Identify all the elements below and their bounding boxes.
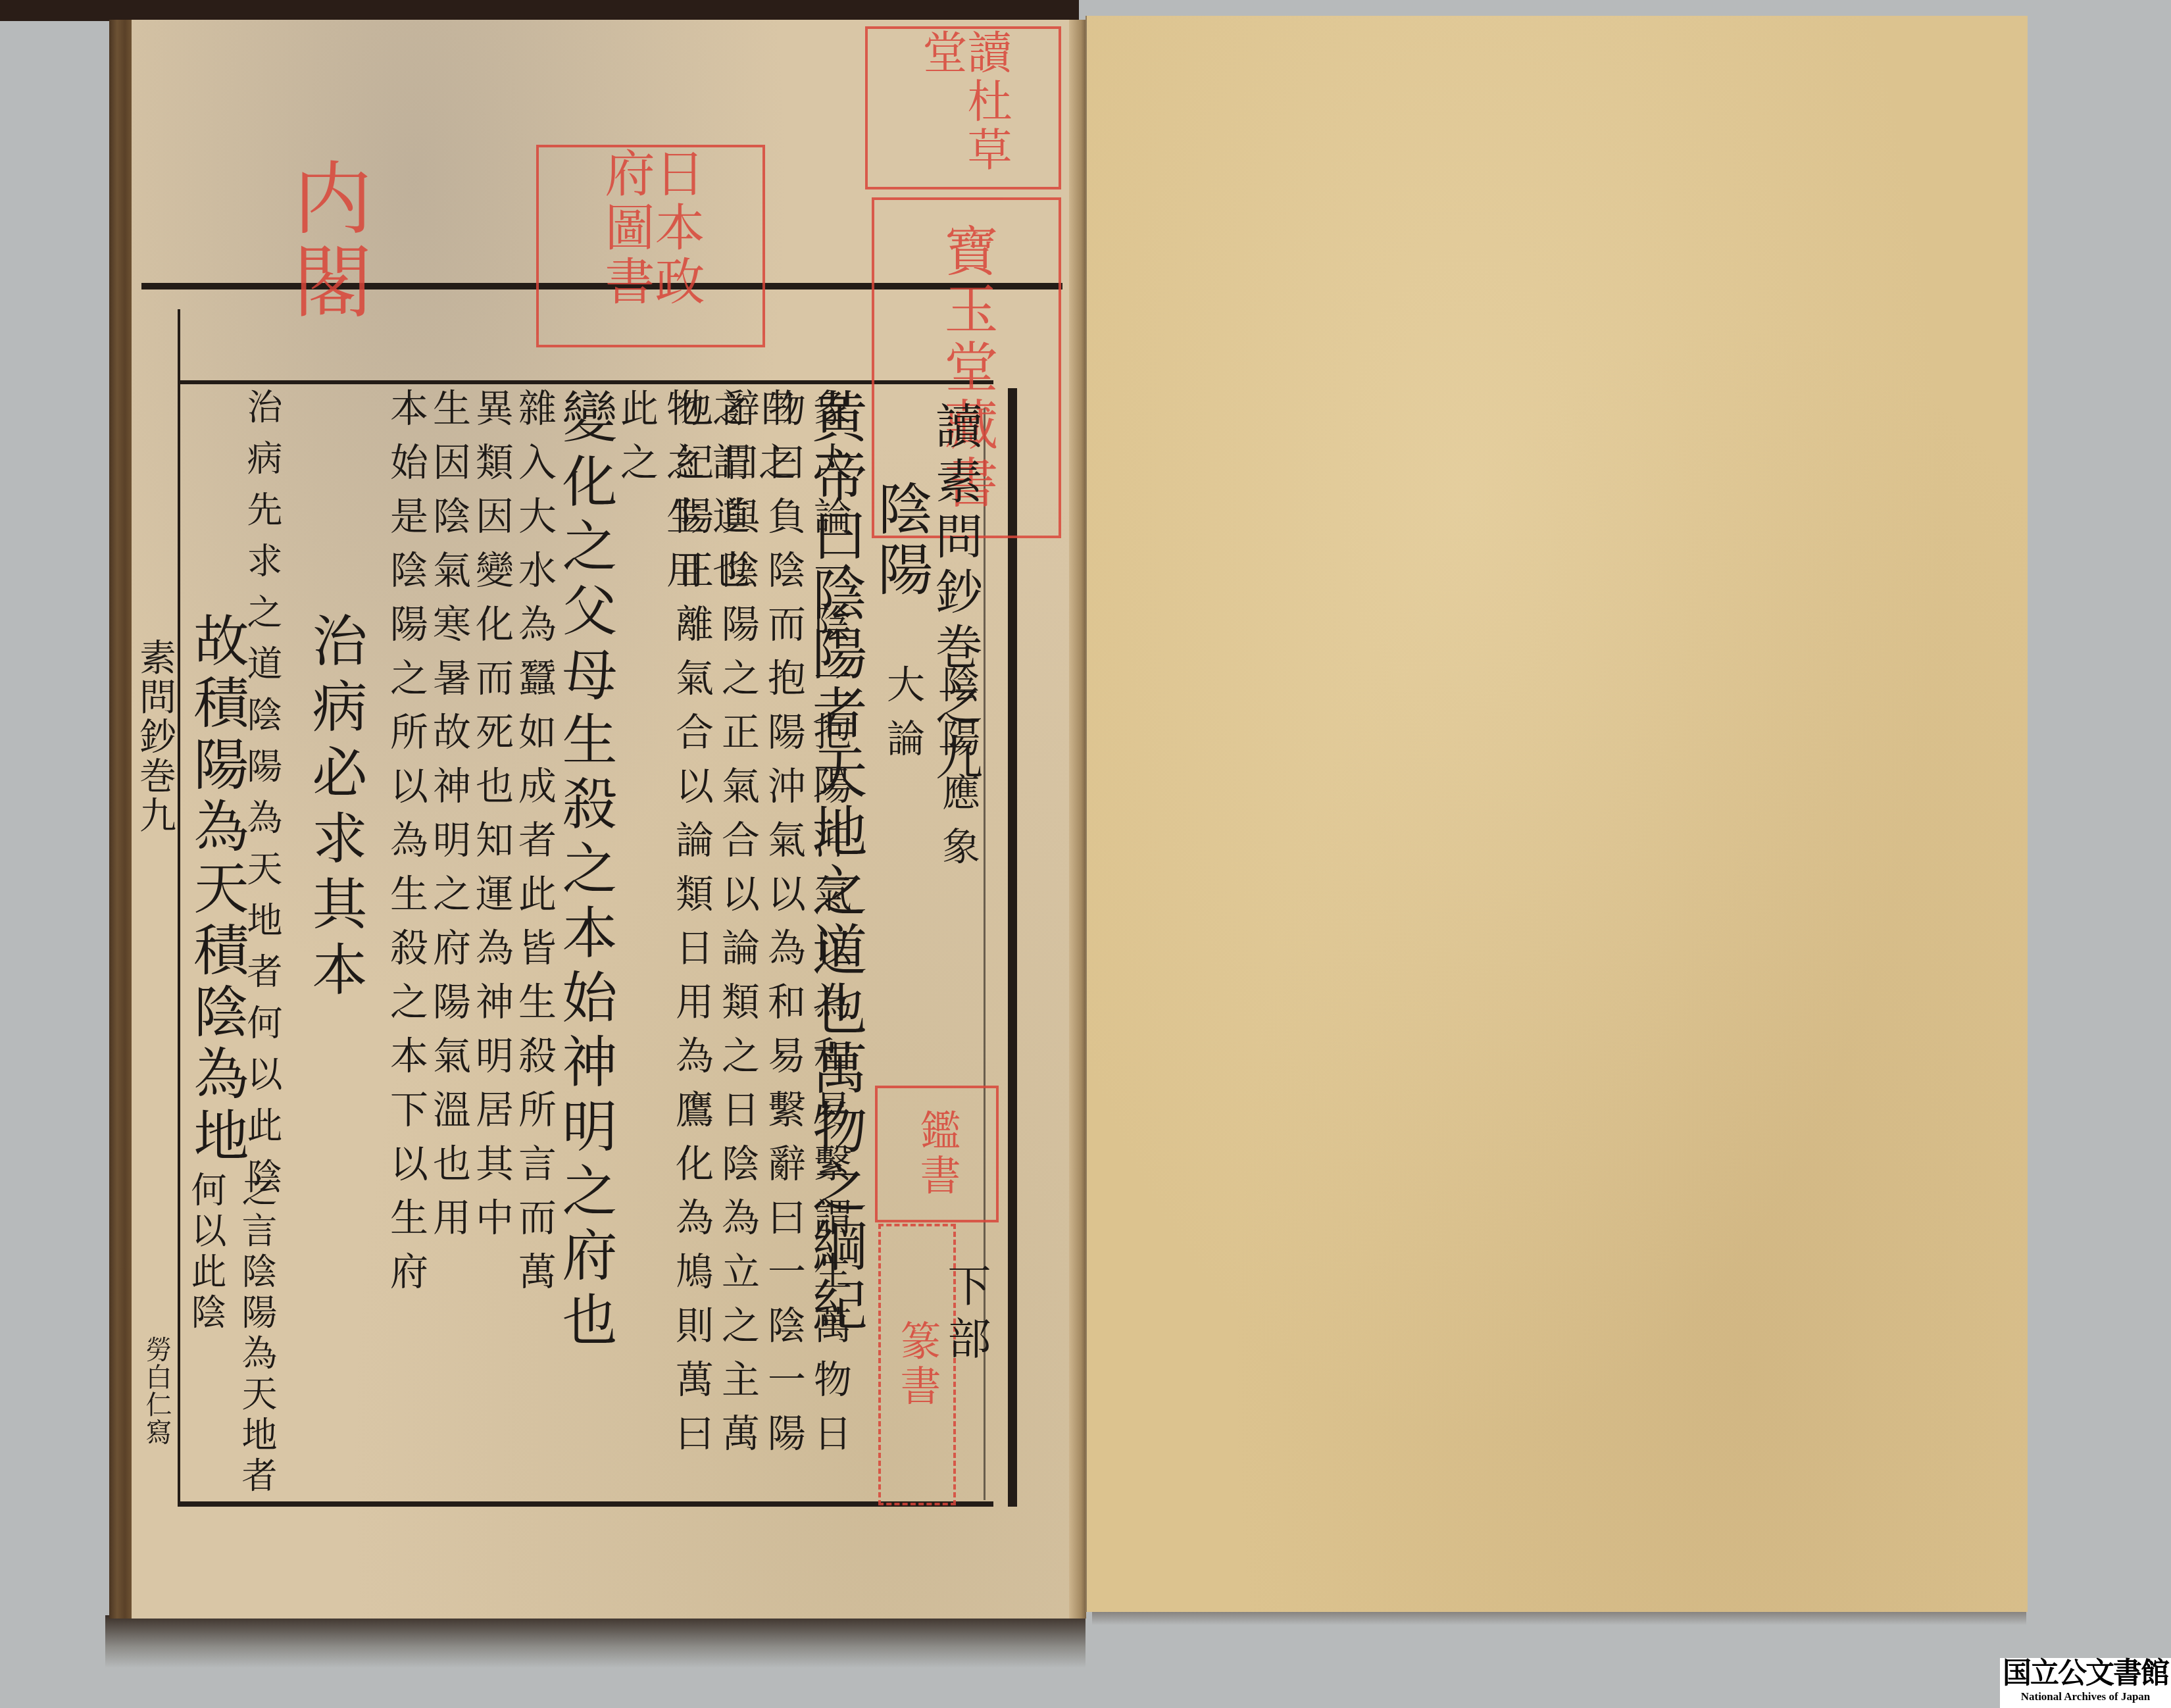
text-column: 之言陰陽為天地者何以此陰 [181,1171,282,1513]
watermark-japanese: 国立公文書館 [2000,1658,2171,1690]
text-column: 陰陽應象大論 [875,665,986,928]
lower-right-label: 下部 [934,1263,997,1369]
text-column: 本始是陰陽之所以為生殺之本下以生府 [378,388,434,1494]
archive-watermark: 国立公文書館 National Archives of Japan [2000,1658,2171,1708]
seal-top-right-1: 讀杜草堂 [865,26,1061,189]
left-page: 内閣 日本政府圖書 讀杜草堂 寶玉堂藏書 鑑書 篆書 讀素問鈔巻之九 陰陽 陰陽… [132,20,1072,1619]
margin-footer: 勞白仁寫 [138,1336,176,1446]
seal-mid-right: 鑑書 [875,1086,999,1222]
text-column: 故積陽為天積陰為地 [178,612,257,1204]
bottom-shadow [105,1615,1085,1668]
gutter [1069,20,1086,1619]
margin-label: 素問鈔巻九 [128,638,181,836]
watermark-english: National Archives of Japan [2000,1690,2171,1704]
top-dark-band [0,0,1079,21]
right-page [1085,16,2028,1612]
seal-left-1: 内閣 [270,112,382,368]
seal-left-2: 日本政府圖書 [536,145,765,347]
right-frame-line [1008,388,1017,1507]
top-frame-line [178,380,993,384]
bottom-frame-line [178,1501,993,1507]
